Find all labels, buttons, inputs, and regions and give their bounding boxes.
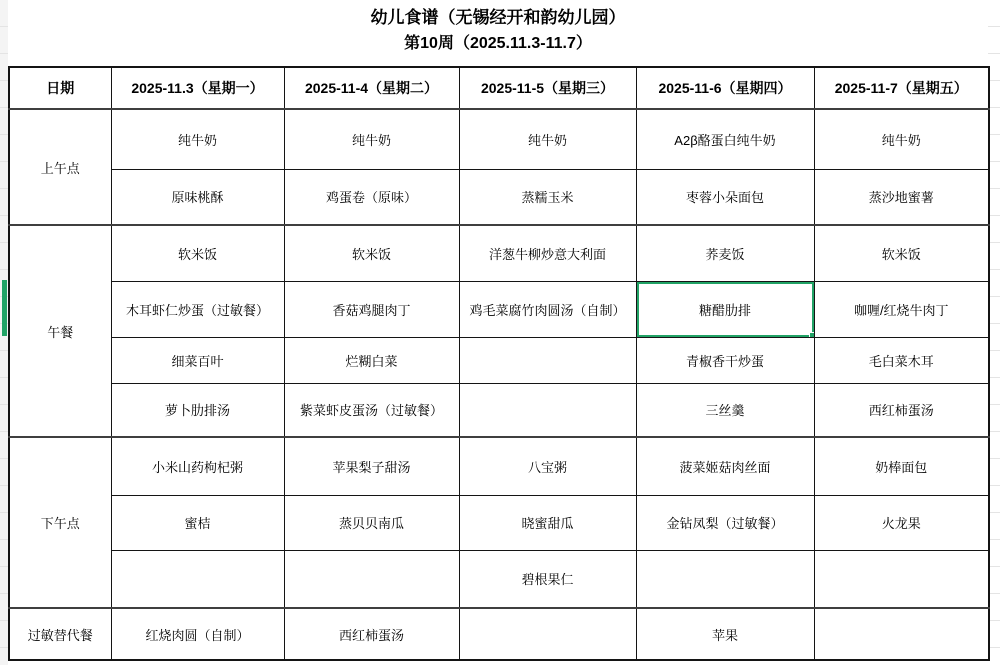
menu-cell[interactable]: A2β酪蛋白纯牛奶: [636, 109, 814, 169]
sheet-title[interactable]: 幼儿食谱（无锡经开和韵幼儿园） 第10周（2025.11.3-11.7）: [8, 5, 988, 57]
table-row: 碧根果仁: [9, 550, 989, 608]
menu-cell[interactable]: 菠菜姬菇肉丝面: [636, 437, 814, 495]
date-header-cell[interactable]: 日期: [9, 67, 111, 109]
menu-table: 日期 2025-11.3（星期一） 2025-11-4（星期二） 2025-11…: [8, 66, 990, 661]
menu-cell[interactable]: 蒸糯玉米: [459, 169, 636, 225]
menu-cell[interactable]: [459, 337, 636, 383]
table-row: 原味桃酥 鸡蛋卷（原味） 蒸糯玉米 枣蓉小朵面包 蒸沙地蜜薯: [9, 169, 989, 225]
day-header-cell[interactable]: 2025-11.3（星期一）: [111, 67, 284, 109]
menu-cell[interactable]: [814, 550, 989, 608]
menu-cell[interactable]: 咖喱/红烧牛肉丁: [814, 281, 989, 337]
menu-cell[interactable]: 苹果梨子甜汤: [284, 437, 459, 495]
menu-cell[interactable]: 紫菜虾皮蛋汤（过敏餐）: [284, 383, 459, 437]
menu-cell[interactable]: 鸡毛菜腐竹肉圆汤（自制）: [459, 281, 636, 337]
table-row: 细菜百叶 烂糊白菜 青椒香干炒蛋 毛白菜木耳: [9, 337, 989, 383]
menu-cell[interactable]: 碧根果仁: [459, 550, 636, 608]
menu-cell[interactable]: 原味桃酥: [111, 169, 284, 225]
menu-cell[interactable]: 香菇鸡腿肉丁: [284, 281, 459, 337]
menu-cell[interactable]: [111, 550, 284, 608]
menu-cell[interactable]: [284, 550, 459, 608]
menu-cell[interactable]: 纯牛奶: [459, 109, 636, 169]
menu-cell[interactable]: 枣蓉小朵面包: [636, 169, 814, 225]
menu-cell[interactable]: 鸡蛋卷（原味）: [284, 169, 459, 225]
group-label-morning-snack[interactable]: 上午点: [9, 109, 111, 225]
menu-cell[interactable]: [636, 550, 814, 608]
day-header-cell[interactable]: 2025-11-7（星期五）: [814, 67, 989, 109]
menu-cell[interactable]: 奶棒面包: [814, 437, 989, 495]
group-label-afternoon-snack[interactable]: 下午点: [9, 437, 111, 608]
table-row: 过敏替代餐 红烧肉圆（自制） 西红柿蛋汤 苹果: [9, 608, 989, 660]
menu-cell[interactable]: 红烧肉圆（自制）: [111, 608, 284, 660]
table-row: 蜜桔 蒸贝贝南瓜 晓蜜甜瓜 金钻凤梨（过敏餐） 火龙果: [9, 495, 989, 550]
menu-cell[interactable]: [814, 608, 989, 660]
table-row: 午餐 软米饭 软米饭 洋葱牛柳炒意大利面 荞麦饭 软米饭: [9, 225, 989, 281]
title-line-1: 幼儿食谱（无锡经开和韵幼儿园）: [8, 5, 988, 31]
menu-cell[interactable]: 小米山药枸杞粥: [111, 437, 284, 495]
menu-cell[interactable]: 晓蜜甜瓜: [459, 495, 636, 550]
menu-cell[interactable]: 软米饭: [284, 225, 459, 281]
menu-cell[interactable]: 毛白菜木耳: [814, 337, 989, 383]
menu-cell[interactable]: 金钻凤梨（过敏餐）: [636, 495, 814, 550]
menu-cell[interactable]: 洋葱牛柳炒意大利面: [459, 225, 636, 281]
menu-cell[interactable]: 纯牛奶: [284, 109, 459, 169]
table-row: 上午点 纯牛奶 纯牛奶 纯牛奶 A2β酪蛋白纯牛奶 纯牛奶: [9, 109, 989, 169]
menu-cell[interactable]: 蒸沙地蜜薯: [814, 169, 989, 225]
menu-cell[interactable]: 苹果: [636, 608, 814, 660]
menu-cell[interactable]: 纯牛奶: [111, 109, 284, 169]
menu-cell[interactable]: 荞麦饭: [636, 225, 814, 281]
menu-cell[interactable]: 细菜百叶: [111, 337, 284, 383]
menu-cell[interactable]: 烂糊白菜: [284, 337, 459, 383]
selected-cell-text: 糖醋肋排: [699, 303, 751, 318]
menu-cell[interactable]: 软米饭: [111, 225, 284, 281]
selected-cell[interactable]: 糖醋肋排: [636, 281, 814, 337]
table-row: 萝卜肋排汤 紫菜虾皮蛋汤（过敏餐） 三丝羹 西红柿蛋汤: [9, 383, 989, 437]
menu-cell[interactable]: 软米饭: [814, 225, 989, 281]
title-line-2: 第10周（2025.11.3-11.7）: [8, 31, 988, 57]
menu-cell[interactable]: [459, 608, 636, 660]
group-label-allergy-alternative[interactable]: 过敏替代餐: [9, 608, 111, 660]
day-header-cell[interactable]: 2025-11-4（星期二）: [284, 67, 459, 109]
header-row: 日期 2025-11.3（星期一） 2025-11-4（星期二） 2025-11…: [9, 67, 989, 109]
menu-cell[interactable]: 木耳虾仁炒蛋（过敏餐）: [111, 281, 284, 337]
menu-cell[interactable]: 蒸贝贝南瓜: [284, 495, 459, 550]
menu-cell[interactable]: 西红柿蛋汤: [284, 608, 459, 660]
day-header-cell[interactable]: 2025-11-5（星期三）: [459, 67, 636, 109]
menu-cell[interactable]: [459, 383, 636, 437]
menu-cell[interactable]: 青椒香干炒蛋: [636, 337, 814, 383]
menu-cell[interactable]: 八宝粥: [459, 437, 636, 495]
menu-cell[interactable]: 蜜桔: [111, 495, 284, 550]
table-row: 木耳虾仁炒蛋（过敏餐） 香菇鸡腿肉丁 鸡毛菜腐竹肉圆汤（自制） 糖醋肋排 咖喱/…: [9, 281, 989, 337]
selected-row-indicator: [2, 280, 7, 336]
menu-cell[interactable]: 萝卜肋排汤: [111, 383, 284, 437]
table-row: 下午点 小米山药枸杞粥 苹果梨子甜汤 八宝粥 菠菜姬菇肉丝面 奶棒面包: [9, 437, 989, 495]
menu-cell[interactable]: 火龙果: [814, 495, 989, 550]
group-label-lunch[interactable]: 午餐: [9, 225, 111, 437]
fill-handle[interactable]: [809, 332, 815, 338]
menu-cell[interactable]: 西红柿蛋汤: [814, 383, 989, 437]
menu-cell[interactable]: 纯牛奶: [814, 109, 989, 169]
day-header-cell[interactable]: 2025-11-6（星期四）: [636, 67, 814, 109]
menu-cell[interactable]: 三丝羹: [636, 383, 814, 437]
